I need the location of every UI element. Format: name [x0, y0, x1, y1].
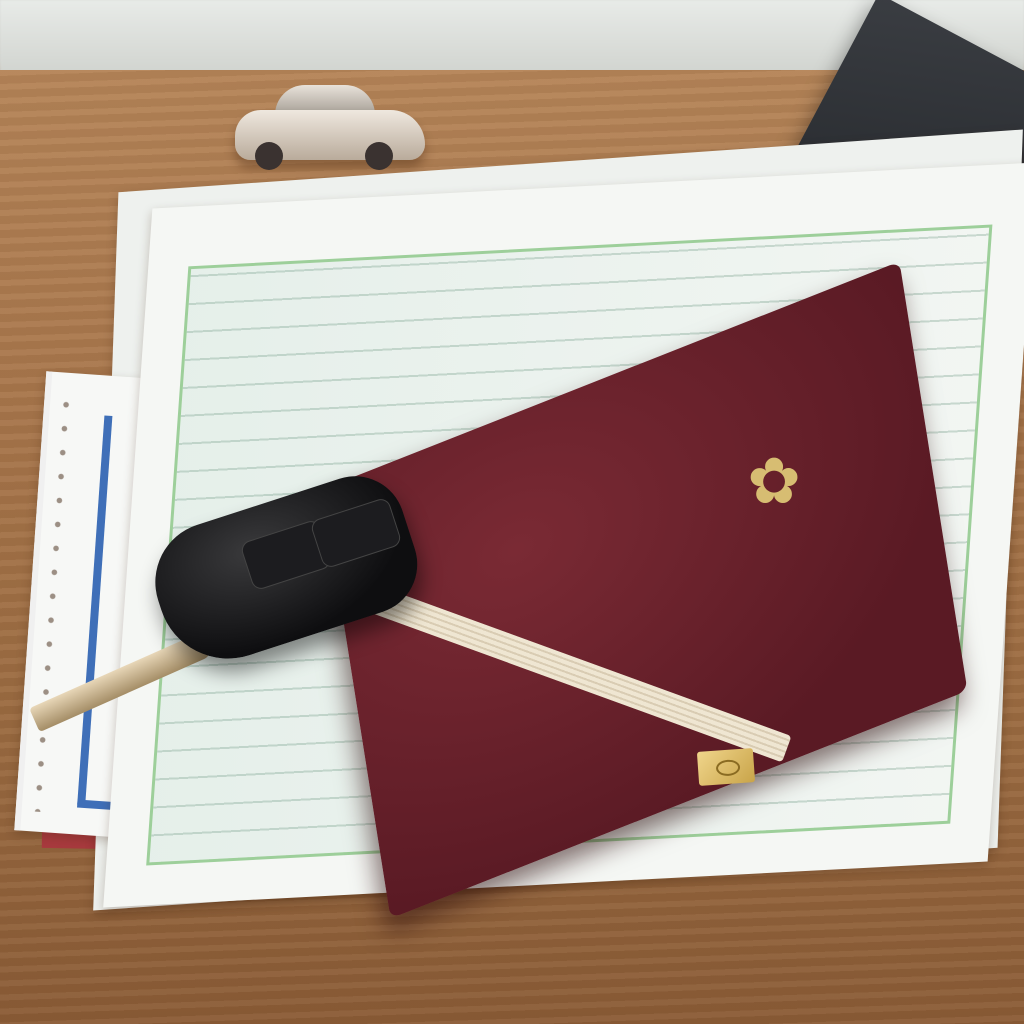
car-wheel	[255, 142, 283, 170]
car-wheel	[365, 142, 393, 170]
toy-car	[235, 80, 425, 180]
coat-of-arms-icon: ✿	[708, 440, 840, 522]
car-key-fob	[150, 500, 420, 680]
blue-border	[77, 415, 112, 805]
biometric-chip-icon	[697, 748, 755, 786]
